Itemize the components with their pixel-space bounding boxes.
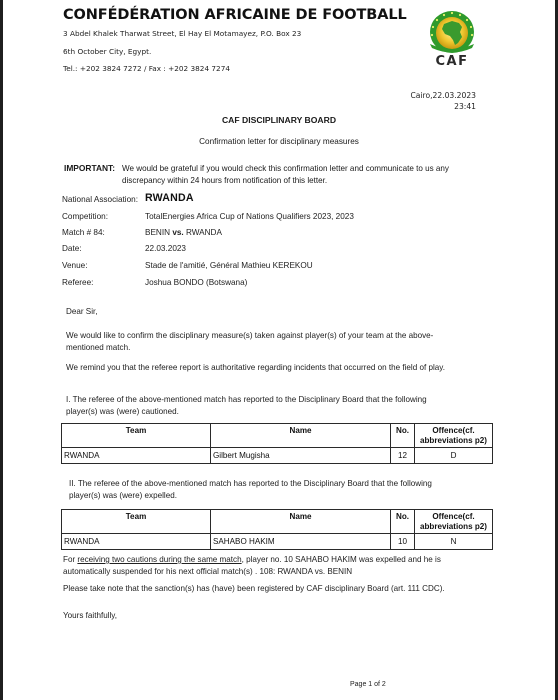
match-vs: vs. <box>172 228 183 237</box>
closing: Yours faithfully, <box>63 610 455 622</box>
important-text: We would be grateful if you would check … <box>122 163 452 187</box>
address-line-1: 3 Abdel Khalek Tharwat Street, El Hay El… <box>63 29 301 38</box>
table-row: RWANDA SAHABO HAKIM 10 N <box>62 534 493 550</box>
sanction-note: Please take note that the sanction(s) ha… <box>63 583 463 595</box>
board-title: CAF DISCIPLINARY BOARD <box>3 115 555 125</box>
cell-no: 10 <box>391 534 415 550</box>
cell-offence: D <box>415 448 493 464</box>
cell-team: RWANDA <box>62 448 211 464</box>
national-association-value: RWANDA <box>145 192 194 204</box>
expulsion-note: For receiving two cautions during the sa… <box>63 554 463 577</box>
cautioned-table: Team Name No. Offence(cf. abbreviations … <box>61 423 493 464</box>
header-offence: Offence(cf. abbreviations p2) <box>415 510 493 534</box>
salutation: Dear Sir, <box>66 306 458 318</box>
important-label: IMPORTANT: <box>64 163 115 173</box>
date-time-stamp: Cairo,22.03.2023 23:41 <box>410 90 476 112</box>
cell-name: SAHABO HAKIM <box>211 534 391 550</box>
table-header-row: Team Name No. Offence(cf. abbreviations … <box>62 424 493 448</box>
cell-offence: N <box>415 534 493 550</box>
address-line-2: 6th October City, Egypt. <box>63 47 151 56</box>
letter-page: CONFÉDÉRATION AFRICAINE DE FOOTBALL 3 Ab… <box>3 0 555 700</box>
cell-no: 12 <box>391 448 415 464</box>
svg-text:CAF: CAF <box>436 54 469 69</box>
cell-team: RWANDA <box>62 534 211 550</box>
contact-line: Tel.: +202 3824 7272 / Fax : +202 3824 7… <box>63 64 230 73</box>
match-home: BENIN <box>145 228 170 237</box>
header-team: Team <box>62 510 211 534</box>
cell-name: Gilbert Mugisha <box>211 448 391 464</box>
header-no: No. <box>391 510 415 534</box>
page-number: Page 1 of 2 <box>350 681 386 688</box>
paragraph-confirm: We would like to confirm the disciplinar… <box>66 330 458 353</box>
header-team: Team <box>62 424 211 448</box>
section-cautioned-intro: I. The referee of the above-mentioned ma… <box>66 394 458 417</box>
table-header-row: Team Name No. Offence(cf. abbreviations … <box>62 510 493 534</box>
table-row: RWANDA Gilbert Mugisha 12 D <box>62 448 493 464</box>
match-away: RWANDA <box>186 228 222 237</box>
paragraph-remind: We remind you that the referee report is… <box>66 362 458 374</box>
header-name: Name <box>211 424 391 448</box>
expulsion-prefix: For <box>63 555 77 564</box>
header-name: Name <box>211 510 391 534</box>
referee-value: Joshua BONDO (Botswana) <box>145 278 247 287</box>
expelled-table: Team Name No. Offence(cf. abbreviations … <box>61 509 493 550</box>
venue-label: Venue: <box>62 261 88 270</box>
match-label: Match # 84: <box>62 228 105 237</box>
expulsion-reason: receiving two cautions during the same m… <box>77 555 241 564</box>
letter-subtitle: Confirmation letter for disciplinary mea… <box>3 137 555 146</box>
section-expelled-intro: II. The referee of the above-mentioned m… <box>69 478 461 501</box>
date-value: 22.03.2023 <box>145 244 186 253</box>
referee-label: Referee: <box>62 278 93 287</box>
time: 23:41 <box>410 101 476 112</box>
competition-label: Competition: <box>62 212 108 221</box>
competition-value: TotalEnergies Africa Cup of Nations Qual… <box>145 212 354 221</box>
organization-title: CONFÉDÉRATION AFRICAINE DE FOOTBALL <box>63 7 407 23</box>
header-no: No. <box>391 424 415 448</box>
national-association-label: National Association: <box>62 195 138 204</box>
venue-value: Stade de l'amitié, Général Mathieu KEREK… <box>145 261 313 270</box>
place-date: Cairo,22.03.2023 <box>410 90 476 101</box>
date-label: Date: <box>62 244 82 253</box>
header-offence: Offence(cf. abbreviations p2) <box>415 424 493 448</box>
match-value: BENIN vs. RWANDA <box>145 228 222 237</box>
caf-logo-icon: CAF <box>422 10 482 72</box>
